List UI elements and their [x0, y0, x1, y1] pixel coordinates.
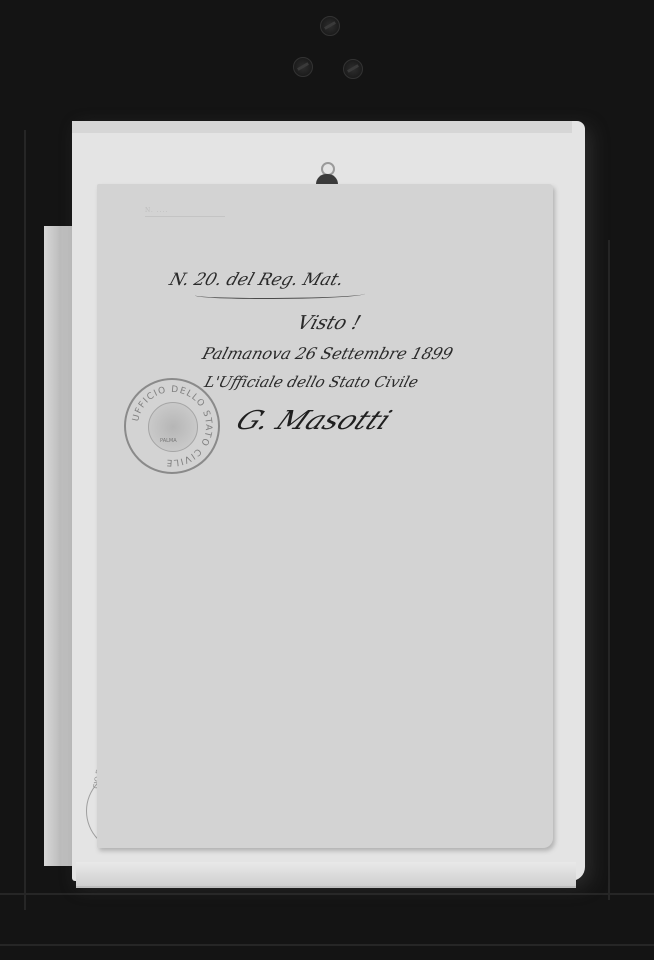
frame-line-left [24, 130, 26, 910]
stamp-center-text: PALMA [160, 438, 177, 444]
officer-title-line: L'Ufficiale dello Stato Civile [202, 373, 420, 391]
place-date-line: Palmanova 26 Settembre 1899 [200, 344, 455, 363]
binding-clip-icon [316, 162, 338, 186]
screw-icon [293, 57, 313, 77]
screw-icon [320, 16, 340, 36]
back-sheet-top-edge [72, 121, 572, 133]
reference-line: N. 20. del Reg. Mat. [167, 270, 347, 290]
bottom-sheet-edges [76, 862, 576, 888]
frame-line-right [608, 240, 610, 900]
faint-header-rule [145, 216, 225, 217]
visto-line: Visto ! [294, 312, 363, 334]
faint-header-print: N. .... [145, 207, 168, 214]
frame-line-bottom [0, 893, 654, 895]
frame-line-bottom-2 [0, 944, 654, 946]
signature: G. Masotti [230, 406, 396, 436]
screw-icon [343, 59, 363, 79]
stamp-emblem [148, 402, 198, 452]
civil-registry-stamp: UFFICIO DELLO STATO CIVILE PALMA [124, 378, 220, 474]
